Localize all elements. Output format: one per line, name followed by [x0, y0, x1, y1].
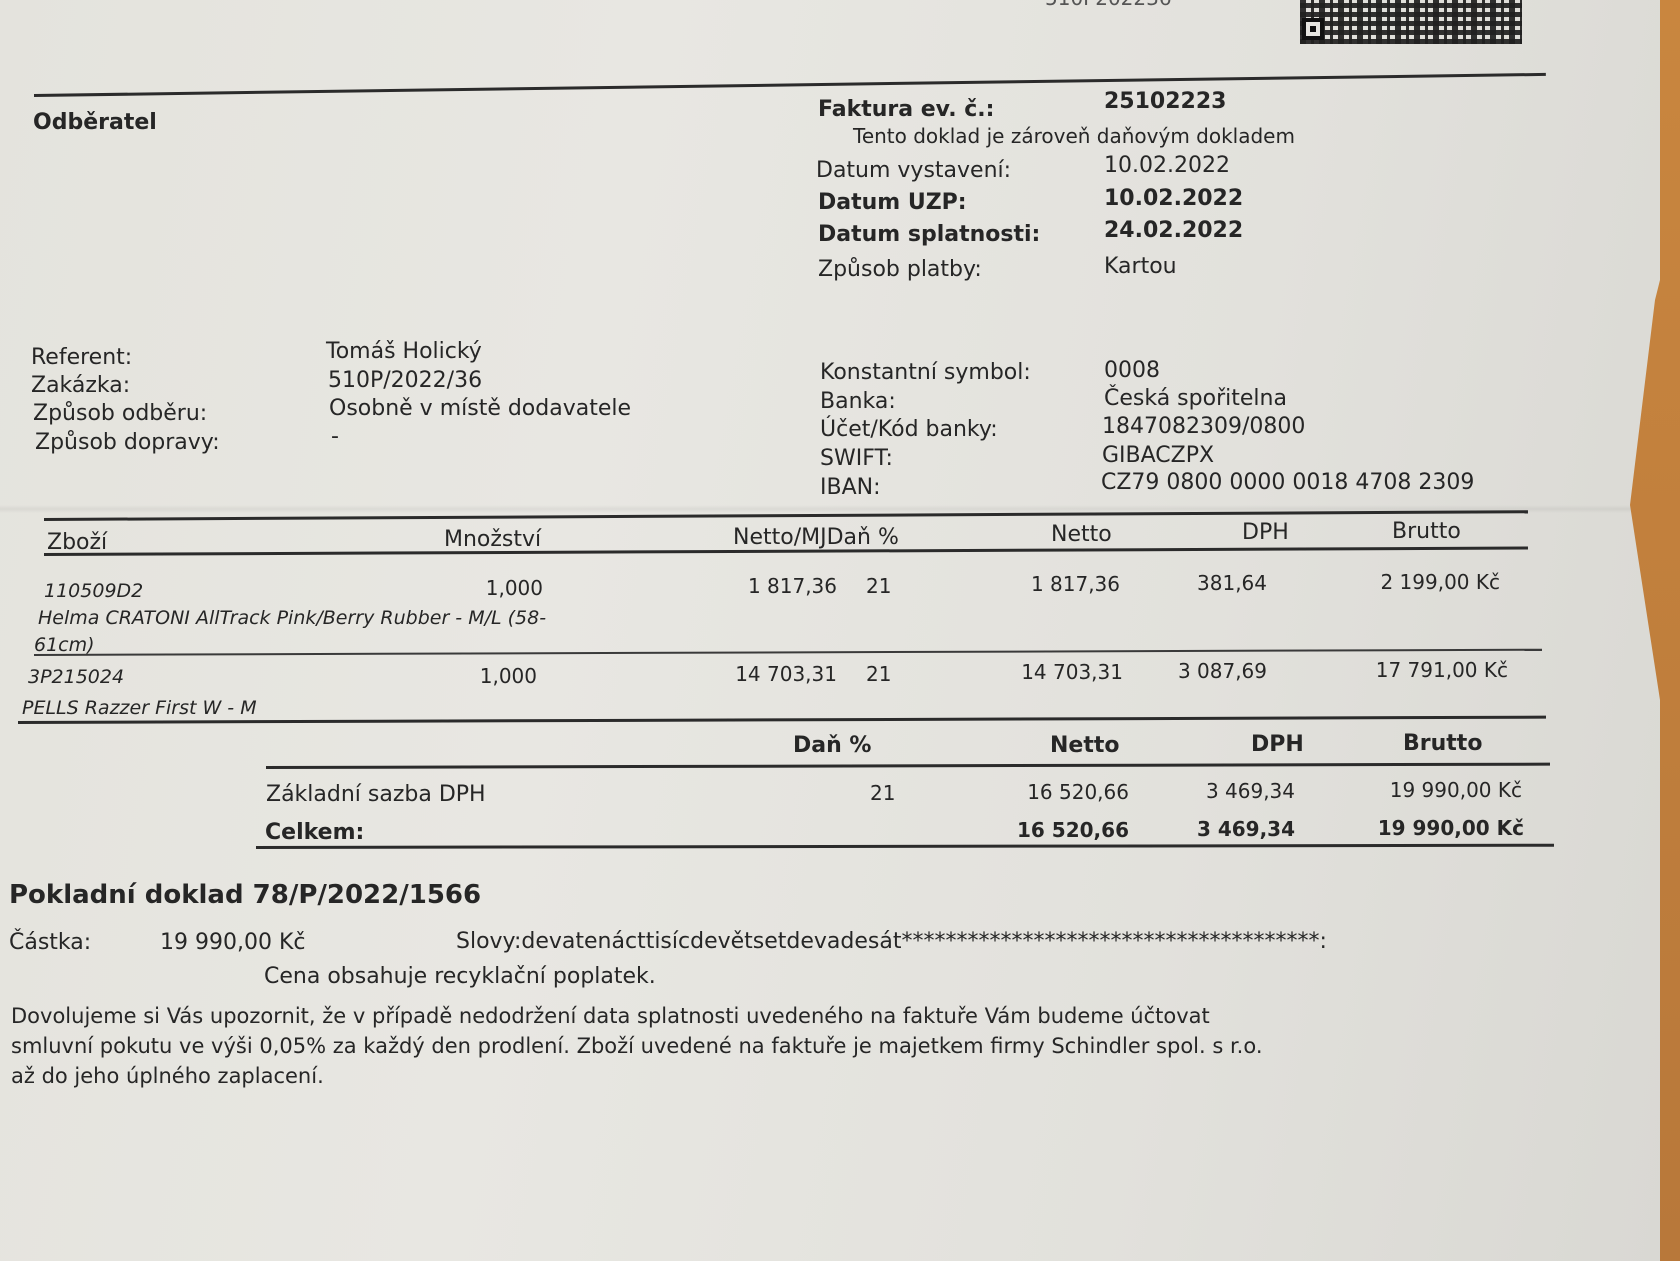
referent-label: Referent: [31, 345, 132, 370]
payment-method-label: Způsob platby: [818, 257, 982, 282]
total-gross: 19 990,00 Kč [1340, 816, 1524, 840]
item-gross: 17 791,00 Kč [1330, 658, 1508, 682]
bank-name: Česká spořitelna [1104, 386, 1287, 411]
tax-document-note: Tento doklad je zároveň daňovým dokladem [853, 124, 1295, 148]
referent: Tomáš Holický [326, 339, 482, 364]
invoice-number-label: Faktura ev. č.: [818, 97, 994, 122]
amount-in-words: Slovy:devatenácttisícdevětsetdevadesát**… [456, 929, 1327, 954]
item-code: 110509D2 [44, 580, 143, 602]
item-name: PELLS Razzer First W - M [22, 697, 257, 719]
item-unit-net: 14 703,31 [700, 662, 837, 686]
notice-line: smluvní pokutu ve výši 0,05% za každý de… [11, 1034, 1263, 1058]
col-net: Netto [1051, 522, 1112, 547]
col-goods: Zboží [47, 530, 107, 555]
constant-symbol: 0008 [1104, 358, 1160, 383]
notice-line: Dovolujeme si Vás upozornit, že v případ… [11, 1004, 1210, 1028]
invoice-number: 25102223 [1104, 89, 1226, 114]
item-gross: 2 199,00 Kč [1330, 570, 1500, 594]
bank-label: Banka: [820, 389, 896, 414]
item-quantity: 1,000 [434, 664, 537, 688]
item-vat: 3 087,69 [1160, 659, 1267, 683]
amount: 19 990,00 Kč [160, 930, 305, 955]
transport-method: - [331, 424, 339, 449]
summary-col-net: Netto [1050, 733, 1119, 758]
paper-fold [0, 505, 1680, 513]
item-name-continued: 61cm) [34, 634, 95, 656]
item-tax-rate: 21 [866, 574, 891, 598]
col-gross: Brutto [1392, 519, 1461, 544]
uzp-date: 10.02.2022 [1104, 186, 1243, 211]
swift-label: SWIFT: [820, 446, 893, 471]
row-divider [34, 649, 1542, 656]
recycling-note: Cena obsahuje recyklační poplatek. [264, 964, 656, 989]
item-net: 1 817,36 [1000, 572, 1120, 596]
item-tax-rate: 21 [866, 662, 891, 686]
order-number: 510P/2022/36 [328, 368, 482, 393]
qr-code-icon [1300, 0, 1522, 44]
total-label: Celkem: [265, 820, 364, 845]
iban-label: IBAN: [820, 475, 881, 500]
receipt-title: Pokladní doklad 78/P/2022/1566 [9, 880, 481, 910]
issue-date-label: Datum vystavení: [816, 158, 1011, 183]
payment-method: Kartou [1104, 254, 1177, 279]
account-number: 1847082309/0800 [1102, 414, 1305, 439]
issue-date: 10.02.2022 [1104, 153, 1230, 178]
constant-symbol-label: Konstantní symbol: [820, 360, 1031, 385]
swift-code: GIBACZPX [1102, 443, 1214, 468]
item-quantity: 1,000 [440, 576, 543, 600]
iban: CZ79 0800 0000 0018 4708 2309 [1101, 470, 1474, 495]
item-vat: 381,64 [1180, 571, 1267, 595]
col-quantity: Množství [444, 527, 541, 552]
item-name: Helma CRATONI AllTrack Pink/Berry Rubber… [38, 607, 546, 629]
summary-bottom-rule [256, 844, 1554, 849]
qr-finder-icon [1302, 18, 1324, 40]
amount-label: Částka: [9, 930, 91, 955]
item-net: 14 703,31 [980, 660, 1123, 684]
due-date-label: Datum splatnosti: [818, 222, 1040, 247]
due-date: 24.02.2022 [1104, 218, 1243, 243]
invoice-paper: 510P202236 Odběratel Faktura ev. č.: 251… [0, 0, 1660, 1261]
item-code: 3P215024 [28, 666, 124, 688]
uzp-date-label: Datum UZP: [818, 190, 967, 215]
summary-header-rule [266, 763, 1550, 769]
notice-line: až do jeho úplného zaplacení. [11, 1064, 324, 1088]
base-rate-label: Základní sazba DPH [266, 782, 486, 807]
base-rate-vat: 3 469,34 [1180, 779, 1295, 803]
col-vat: DPH [1242, 520, 1289, 545]
order-code-partial: 510P202236 [1045, 0, 1172, 10]
header-divider [34, 73, 1546, 97]
base-rate-net: 16 520,66 [980, 780, 1129, 804]
total-net: 16 520,66 [980, 818, 1129, 842]
summary-col-tax-rate: Daň % [793, 733, 871, 758]
summary-col-vat: DPH [1251, 732, 1304, 757]
pickup-method: Osobně v místě dodavatele [329, 396, 631, 421]
base-rate-gross: 19 990,00 Kč [1340, 778, 1522, 802]
total-vat: 3 469,34 [1180, 817, 1295, 841]
order-label: Zakázka: [31, 373, 130, 398]
transport-label: Způsob dopravy: [35, 430, 220, 455]
summary-col-gross: Brutto [1403, 731, 1482, 756]
base-rate-tax: 21 [870, 781, 895, 805]
account-label: Účet/Kód banky: [820, 417, 998, 442]
customer-label: Odběratel [33, 110, 157, 135]
pickup-label: Způsob odběru: [33, 401, 207, 426]
col-unit-net-tax: Netto/MJDaň % [733, 525, 899, 550]
item-unit-net: 1 817,36 [700, 574, 837, 598]
